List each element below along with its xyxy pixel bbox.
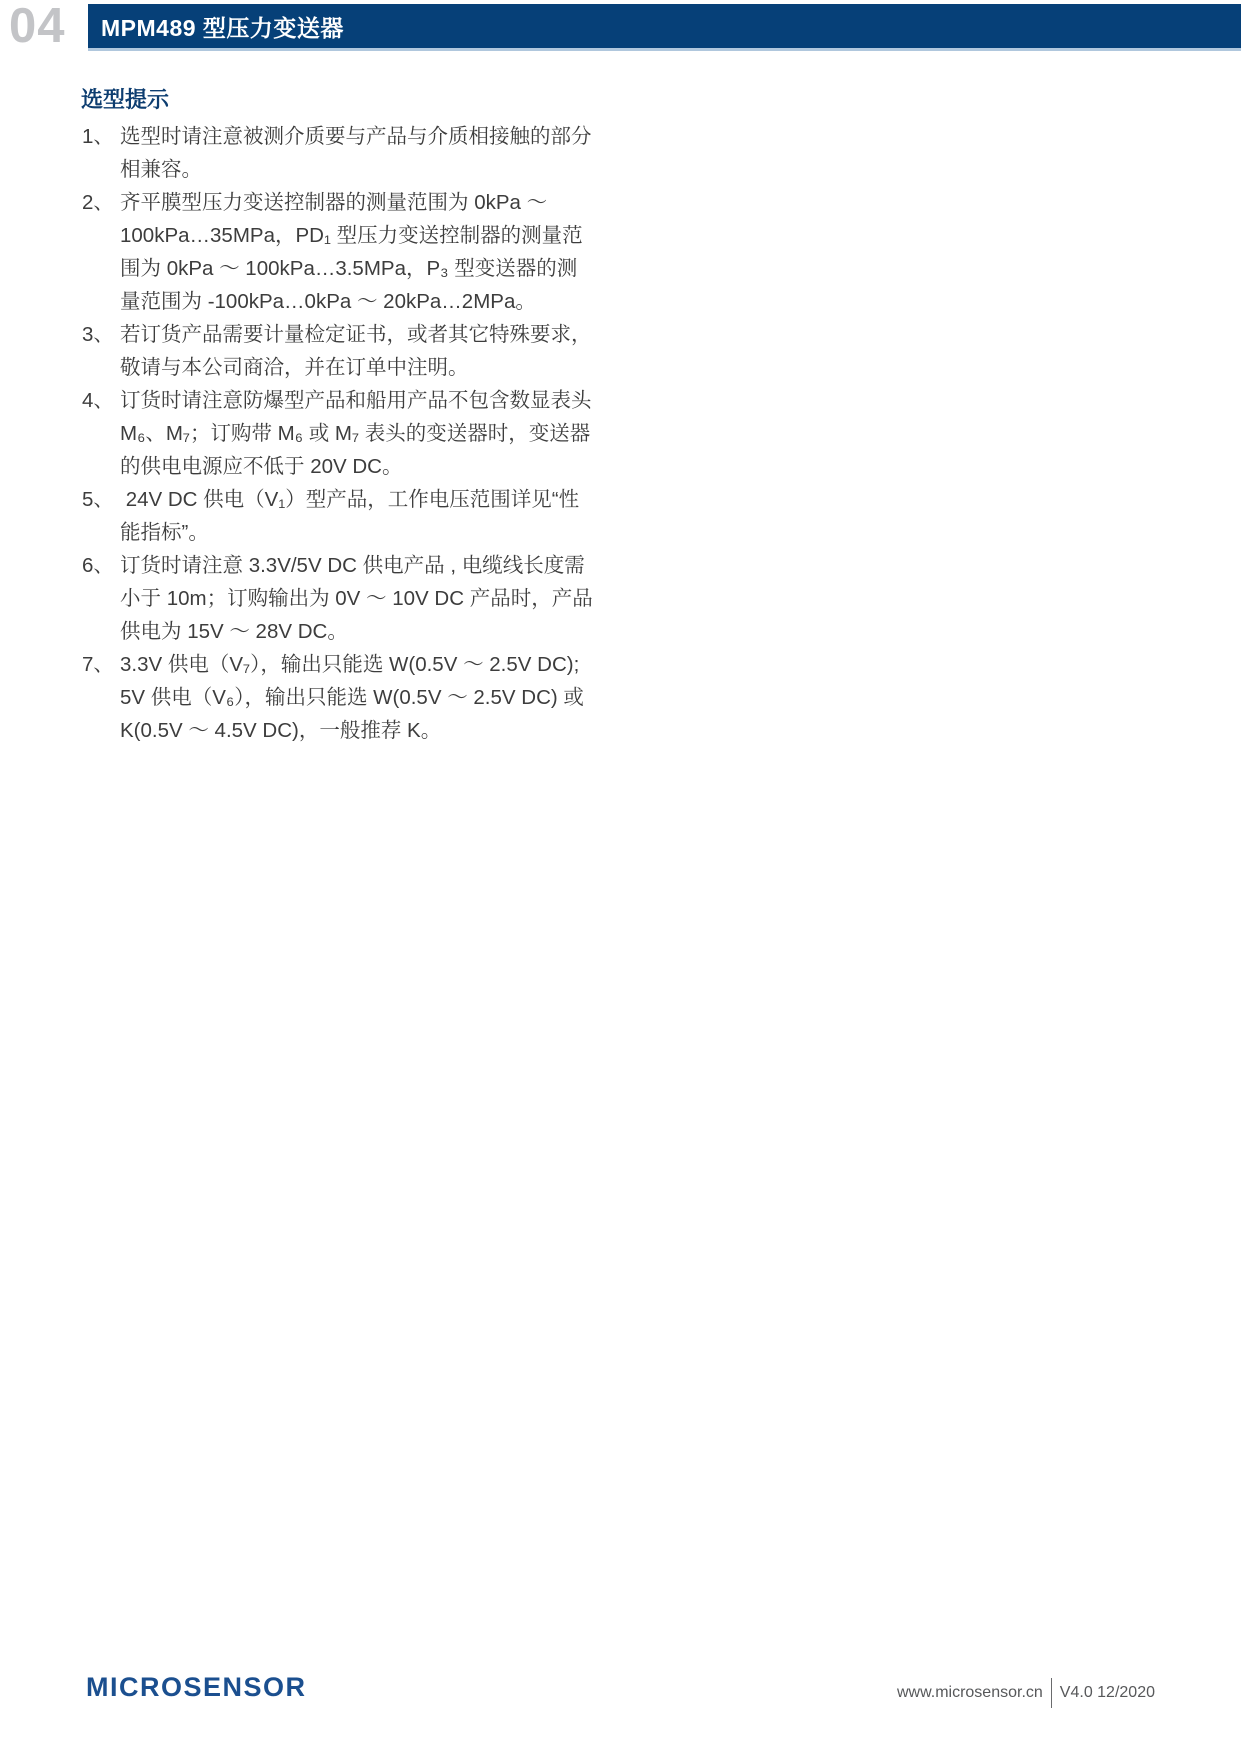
list-item-number: 4、 xyxy=(82,384,120,483)
list-item: 4、 订货时请注意防爆型产品和船用产品不包含数显表头 M₆、M₇；订购带 M₆ … xyxy=(82,384,596,483)
microsensor-logo: MICROSENSOR xyxy=(86,1672,307,1703)
list-item-number: 5、 xyxy=(82,483,120,549)
footer-info: www.microsensor.cn V4.0 12/2020 xyxy=(897,1678,1155,1708)
list-item-number: 3、 xyxy=(82,318,120,384)
list-item: 5、 24V DC 供电（V₁）型产品，工作电压范围详见“性能指标”。 xyxy=(82,483,596,549)
list-item: 1、 选型时请注意被测介质要与产品与介质相接触的部分相兼容。 xyxy=(82,120,596,186)
list-item-text: 选型时请注意被测介质要与产品与介质相接触的部分相兼容。 xyxy=(120,120,596,186)
list-item-text: 若订货产品需要计量检定证书，或者其它特殊要求，敬请与本公司商洽，并在订单中注明。 xyxy=(120,318,596,384)
page-number: 04 xyxy=(9,1,66,51)
list-item: 6、 订货时请注意 3.3V/5V DC 供电产品 , 电缆线长度需小于 10m… xyxy=(82,549,596,648)
section-title: 选型提示 xyxy=(81,83,169,114)
tips-list: 1、 选型时请注意被测介质要与产品与介质相接触的部分相兼容。 2、 齐平膜型压力… xyxy=(82,120,596,747)
list-item: 7、 3.3V 供电（V₇），输出只能选 W(0.5V ～ 2.5V DC); … xyxy=(82,648,596,747)
list-item-number: 1、 xyxy=(82,120,120,186)
list-item-number: 7、 xyxy=(82,648,120,747)
list-item-text: 3.3V 供电（V₇），输出只能选 W(0.5V ～ 2.5V DC); 5V … xyxy=(120,648,596,747)
document-page: 04 MPM489 型压力变送器 选型提示 1、 选型时请注意被测介质要与产品与… xyxy=(0,0,1241,1754)
list-item: 2、 齐平膜型压力变送控制器的测量范围为 0kPa ～ 100kPa…35MPa… xyxy=(82,186,596,318)
list-item: 3、 若订货产品需要计量检定证书，或者其它特殊要求，敬请与本公司商洽，并在订单中… xyxy=(82,318,596,384)
header-bar: MPM489 型压力变送器 xyxy=(88,4,1241,51)
list-item-text: 订货时请注意防爆型产品和船用产品不包含数显表头 M₆、M₇；订购带 M₆ 或 M… xyxy=(120,384,596,483)
list-item-text: 24V DC 供电（V₁）型产品，工作电压范围详见“性能指标”。 xyxy=(120,483,596,549)
list-item-text: 齐平膜型压力变送控制器的测量范围为 0kPa ～ 100kPa…35MPa，PD… xyxy=(120,186,596,318)
footer-website: www.microsensor.cn xyxy=(897,1684,1043,1702)
header-title: MPM489 型压力变送器 xyxy=(101,10,344,43)
list-item-number: 6、 xyxy=(82,549,120,648)
list-item-number: 2、 xyxy=(82,186,120,318)
footer-divider xyxy=(1051,1678,1052,1708)
footer-version: V4.0 12/2020 xyxy=(1060,1684,1155,1702)
list-item-text: 订货时请注意 3.3V/5V DC 供电产品 , 电缆线长度需小于 10m；订购… xyxy=(120,549,596,648)
